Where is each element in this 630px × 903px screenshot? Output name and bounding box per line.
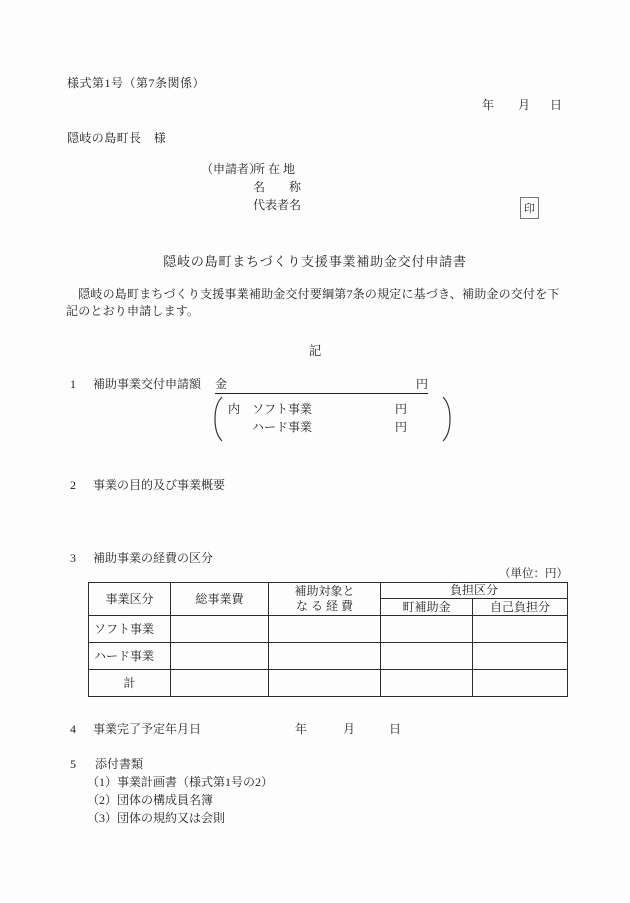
- table-row: ソフト事業: [89, 616, 568, 643]
- date-day-label: 日: [550, 98, 562, 113]
- table-row: 計: [89, 670, 568, 697]
- statement-line-2: 記のとおり申請します。: [66, 304, 199, 319]
- section-1-label: 補助事業交付申請額: [93, 377, 201, 392]
- applicant-label: （申請者）: [201, 162, 261, 177]
- self-burden-header: 自己負担分: [473, 599, 568, 616]
- breakdown-item-unit: 円: [395, 420, 407, 435]
- empty-cell: [381, 616, 473, 643]
- section-2-number: 2: [70, 478, 76, 493]
- applicant-address-label: 所 在 地: [253, 162, 301, 177]
- empty-cell: [171, 670, 269, 697]
- section-5-number: 5: [70, 757, 76, 772]
- col-total-cost-header: 総事業費: [171, 583, 269, 616]
- completion-year-label: 年: [295, 722, 307, 737]
- section-3-number: 3: [70, 551, 76, 566]
- amount-currency-unit: 円: [416, 377, 428, 393]
- applicant-representative-label: 代表者名: [253, 198, 301, 213]
- empty-cell: [269, 643, 381, 670]
- attachment-item: （3）団体の規約又は会則: [87, 811, 225, 826]
- empty-cell: [171, 643, 269, 670]
- row-label: ソフト事業: [89, 616, 171, 643]
- statement-line-1: 隠岐の島町まちづくり支援事業補助金交付要綱第7条の規定に基づき、補助金の交付を下: [66, 287, 560, 302]
- seal-box: 印: [520, 197, 539, 219]
- amount-breakdown: 内 ソフト事業 円 ハード事業 円: [214, 396, 451, 442]
- empty-cell: [269, 670, 381, 697]
- empty-cell: [473, 616, 568, 643]
- empty-cell: [473, 670, 568, 697]
- seal-mark: 印: [524, 200, 535, 216]
- col-eligible-expense-header: 補助対象と な る 経 費: [269, 583, 381, 616]
- eligible-expense-line-1: 補助対象と: [269, 584, 380, 599]
- document-title: 隠岐の島町まちづくり支援事業補助金交付申請書: [0, 251, 630, 270]
- empty-cell: [381, 643, 473, 670]
- left-bracket-icon: [212, 396, 224, 442]
- amount-fill-line: 金 円: [215, 377, 428, 394]
- table-row: ハード事業: [89, 643, 568, 670]
- unit-note: （単位：円）: [499, 567, 568, 582]
- record-marker: 記: [0, 341, 630, 359]
- town-subsidy-header: 町補助金: [381, 599, 473, 616]
- row-label: 計: [89, 670, 171, 697]
- applicant-name-label: 名 称: [253, 180, 301, 195]
- section-3-label: 補助事業の経費の区分: [93, 551, 213, 566]
- section-5-label: 添付書類: [95, 757, 143, 772]
- empty-cell: [269, 616, 381, 643]
- section-2-label: 事業の目的及び事業概要: [93, 478, 225, 493]
- col-category-header: 事業区分: [89, 583, 171, 616]
- right-bracket-icon: [441, 396, 453, 442]
- attachment-item: （2）団体の構成員名簿: [87, 793, 213, 808]
- amount-currency-prefix: 金: [215, 377, 227, 393]
- burden-division-header: 負担区分: [381, 583, 568, 599]
- row-label: ハード事業: [89, 643, 171, 670]
- empty-cell: [171, 616, 269, 643]
- completion-day-label: 日: [389, 722, 401, 737]
- section-1-number: 1: [70, 377, 76, 392]
- completion-month-label: 月: [343, 722, 355, 737]
- section-4-number: 4: [70, 722, 76, 737]
- document-page: 様式第1号（第7条関係） 年 月 日 隠岐の島町長 様 （申請者） 所 在 地 …: [0, 0, 630, 903]
- breakdown-item-label: ハード事業: [252, 420, 312, 435]
- breakdown-prefix: 内: [228, 402, 240, 417]
- empty-cell: [381, 670, 473, 697]
- eligible-expense-line-2: な る 経 費: [269, 599, 380, 614]
- breakdown-item-unit: 円: [395, 402, 407, 417]
- date-year-label: 年: [482, 98, 494, 113]
- addressee: 隠岐の島町長 様: [67, 131, 166, 146]
- empty-cell: [473, 643, 568, 670]
- breakdown-item-label: ソフト事業: [252, 402, 312, 417]
- section-4-label: 事業完了予定年月日: [93, 722, 201, 737]
- cost-table: 事業区分 総事業費 補助対象と な る 経 費 負担区分 町補助金 自己負担分 …: [88, 582, 568, 697]
- form-number: 様式第1号（第7条関係）: [67, 76, 205, 91]
- date-month-label: 月: [518, 98, 530, 113]
- attachment-item: （1）事業計画書（様式第1号の2）: [87, 775, 273, 790]
